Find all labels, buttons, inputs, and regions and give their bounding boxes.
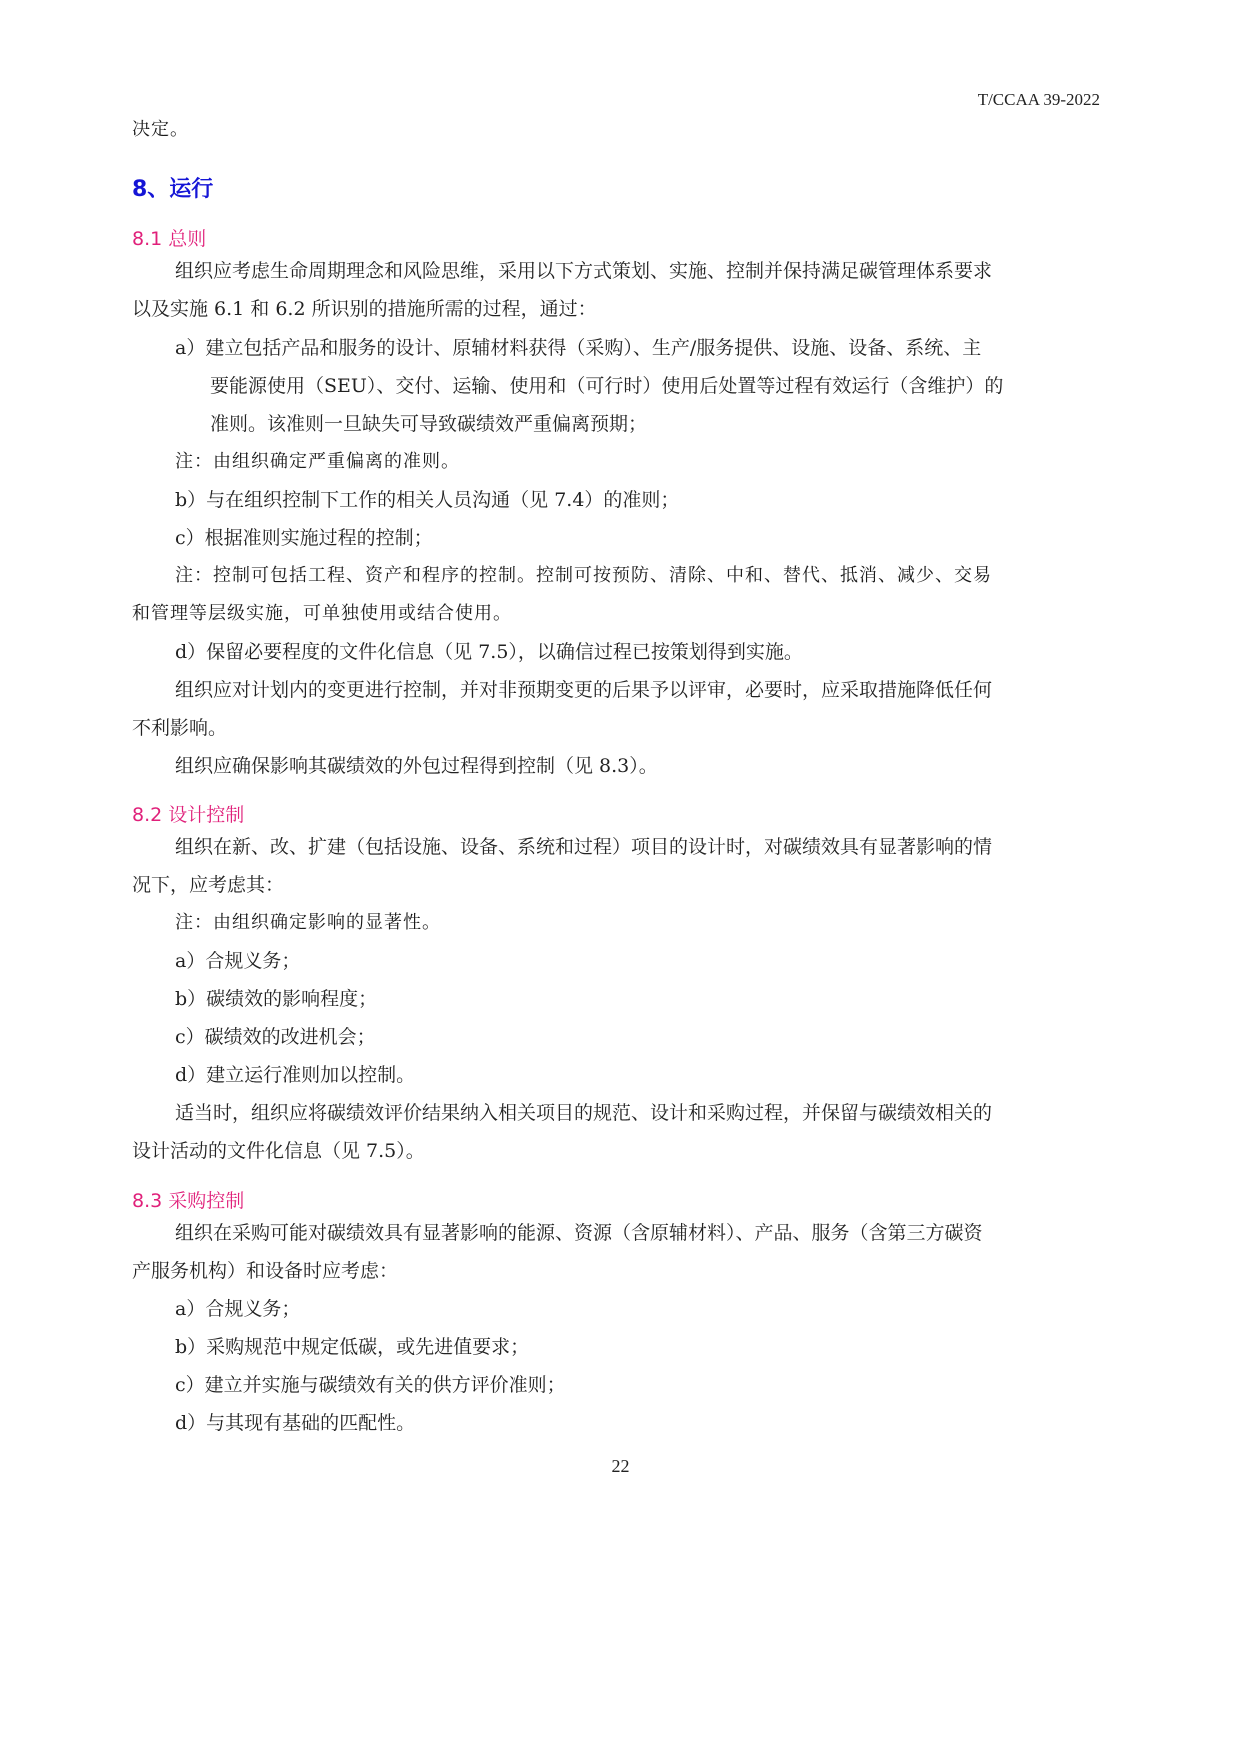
carryover-text: 决定。	[132, 118, 189, 142]
paragraph-line: 况下，应考虑其：	[132, 873, 284, 897]
paragraph-line: 组织在新、改、扩建（包括设施、设备、系统和过程）项目的设计时，对碳绩效具有显著影…	[175, 835, 992, 859]
list-item: d）建立运行准则加以控制。	[175, 1063, 415, 1087]
paragraph-line: 组织应考虑生命周期理念和风险思维，采用以下方式策划、实施、控制并保持满足碳管理体…	[175, 259, 992, 283]
list-item: b）碳绩效的影响程度；	[175, 987, 377, 1011]
paragraph-line: 以及实施 6.1 和 6.2 所识别的措施所需的过程，通过：	[132, 297, 597, 321]
list-item-d: d）保留必要程度的文件化信息（见 7.5），以确信过程已按策划得到实施。	[175, 640, 803, 664]
section-8-1-heading: 8.1 总则	[132, 224, 206, 251]
list-item-a: a）建立包括产品和服务的设计、原辅材料获得（采购）、生产/服务提供、设施、设备、…	[175, 336, 981, 360]
list-item: a）合规义务；	[175, 1297, 300, 1321]
section-8-heading: 8、运行	[132, 172, 213, 203]
document-page: T/CCAA 39-2022 决定。 8、运行 8.1 总则 组织应考虑生命周期…	[0, 0, 1241, 1755]
list-item: a）合规义务；	[175, 949, 300, 973]
note: 注：控制可包括工程、资产和程序的控制。控制可按预防、清除、中和、替代、抵消、减少…	[175, 564, 992, 588]
list-item-b: b）与在组织控制下工作的相关人员沟通（见 7.4）的准则；	[175, 488, 679, 512]
list-item-c: c）根据准则实施过程的控制；	[175, 526, 433, 550]
document-code: T/CCAA 39-2022	[978, 90, 1100, 110]
note: 注：由组织确定影响的显著性。	[175, 911, 441, 935]
paragraph-line: 适当时，组织应将碳绩效评价结果纳入相关项目的规范、设计和采购过程，并保留与碳绩效…	[175, 1101, 992, 1125]
paragraph-line: 设计活动的文件化信息（见 7.5）。	[132, 1139, 425, 1163]
list-item-a-cont: 要能源使用（SEU）、交付、运输、使用和（可行时）使用后处置等过程有效运行（含维…	[210, 374, 1003, 398]
list-item: b）采购规范中规定低碳，或先进值要求；	[175, 1335, 529, 1359]
note-cont: 和管理等层级实施，可单独使用或结合使用。	[132, 602, 512, 626]
list-item-a-cont: 准则。该准则一旦缺失可导致碳绩效严重偏离预期；	[210, 412, 647, 436]
list-item: c）碳绩效的改进机会；	[175, 1025, 376, 1049]
page-number: 22	[0, 1456, 1241, 1477]
paragraph-line: 组织应对计划内的变更进行控制，并对非预期变更的后果予以评审，必要时，应采取措施降…	[175, 678, 992, 702]
note: 注：由组织确定严重偏离的准则。	[175, 450, 460, 474]
paragraph-line: 组织应确保影响其碳绩效的外包过程得到控制（见 8.3）。	[175, 754, 658, 778]
paragraph-line: 产服务机构）和设备时应考虑：	[132, 1259, 398, 1283]
section-8-2-heading: 8.2 设计控制	[132, 800, 244, 827]
list-item: c）建立并实施与碳绩效有关的供方评价准则；	[175, 1373, 566, 1397]
paragraph-line: 不利影响。	[132, 716, 227, 740]
list-item: d）与其现有基础的匹配性。	[175, 1411, 415, 1435]
paragraph-line: 组织在采购可能对碳绩效具有显著影响的能源、资源（含原辅材料）、产品、服务（含第三…	[175, 1221, 983, 1245]
section-8-3-heading: 8.3 采购控制	[132, 1186, 244, 1213]
